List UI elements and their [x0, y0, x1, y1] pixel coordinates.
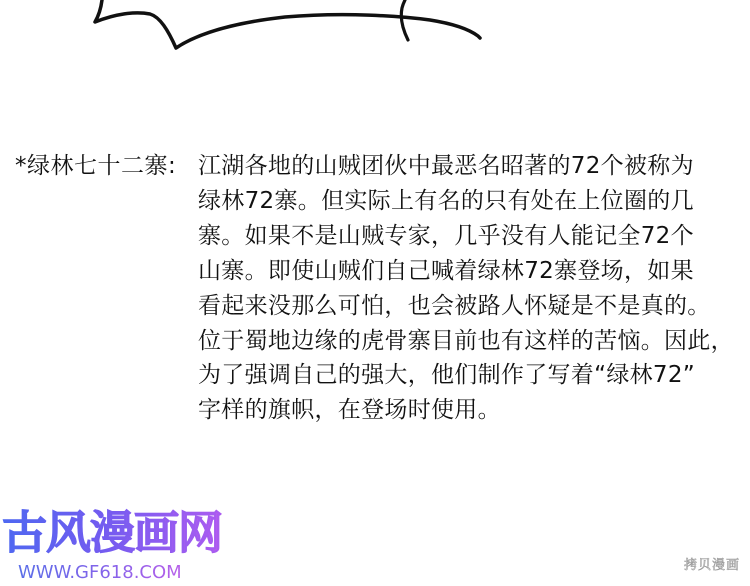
footnote-line: 字样的旗帜，在登场时使用。 — [198, 393, 748, 428]
footnote-term: *绿林七十二寨: — [15, 149, 176, 184]
logo-title: 古风漫画网 — [2, 506, 222, 560]
bubble-outline — [95, 0, 480, 48]
footnote-line: 绿林72寨。但实际上有名的只有处在上位圈的几 — [198, 184, 748, 219]
footnote-line: 看起来没那么可怕，也会被路人怀疑是不是真的。 — [198, 289, 748, 324]
logo-url: WWW.GF618.COM — [18, 562, 182, 584]
site-logo-watermark: 古风漫画网 WWW.GF618.COM — [2, 506, 217, 586]
footnote-line: 为了强调自己的强大，他们制作了写着“绿林72” — [198, 358, 748, 393]
corner-watermark: 拷贝漫画 — [684, 558, 740, 574]
footnote-line: 位于蜀地边缘的虎骨寨目前也有这样的苦恼。因此， — [198, 324, 748, 359]
speech-bubble-bottom — [0, 0, 750, 60]
footnote-line: 山寨。即使山贼们自己喊着绿林72寨登场，如果 — [198, 254, 748, 289]
bubble-outline-right — [401, 0, 408, 40]
footnote-line: 寨。如果不是山贼专家，几乎没有人能记全72个 — [198, 219, 748, 254]
footnote-definition: 江湖各地的山贼团伙中最恶名昭著的72个被称为 绿林72寨。但实际上有名的只有处在… — [198, 149, 748, 428]
footnote-line: 江湖各地的山贼团伙中最恶名昭著的72个被称为 — [198, 149, 748, 184]
